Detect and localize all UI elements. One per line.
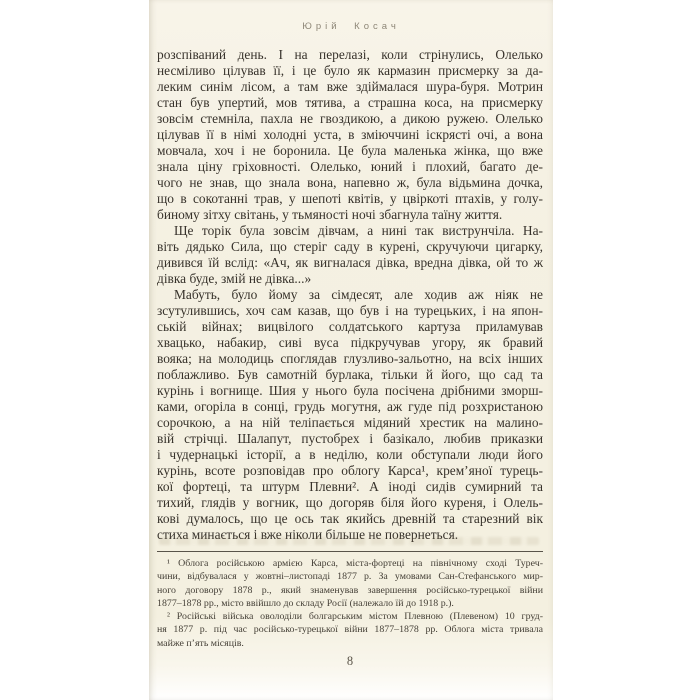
text-line: поблажливо. Був самотній бурлака, тільки… xyxy=(157,367,543,383)
footnotes: ¹ Облога російською армією Карса, міста-… xyxy=(157,557,543,650)
text-line: кої фортеці, та штурм Плевни². А іноді с… xyxy=(157,479,543,495)
text-line: розспіваний день. І на перелазі, коли ст… xyxy=(157,47,543,63)
text-line: вояка; на молодиць споглядав глузливо-за… xyxy=(157,351,543,367)
text-line: що в сокотанні трав, у шепоті квітів, у … xyxy=(157,191,543,207)
text-line: Мабуть, було йому за сімдесят, але ходив… xyxy=(157,287,543,303)
text-line: хвацько, набакир, сиві вуса підкручував … xyxy=(157,335,543,351)
footnote-line: чини, відбувалася у жовтні–листопаді 187… xyxy=(157,570,543,583)
footnote-line: 1877–1878 рр., місто ввійшло до складу Р… xyxy=(157,597,543,610)
footnote-line: ня 1877 р. під час російсько-турецької в… xyxy=(157,623,543,636)
book-page: Юрій Косач розспіваний день. І на перела… xyxy=(149,0,553,700)
footnote-line: майже п’ять місяців. xyxy=(157,637,543,650)
text-line: вій стрічці. Шалапут, пустобрех і базіка… xyxy=(157,431,543,447)
page-number: 8 xyxy=(157,654,543,669)
text-line: віть дядько Сила, що стеріг саду в курен… xyxy=(157,239,543,255)
footnote-line: ¹ Облога російською армією Карса, міста-… xyxy=(157,557,543,570)
text-line: курінь і вогнище. Шия у нього була посіч… xyxy=(157,383,543,399)
text-line: тихий, глядів у вогник, що догоряв біля … xyxy=(157,495,543,511)
text-line: мовчала, хоч і не боронила. Це була мале… xyxy=(157,143,543,159)
footnote-line: ² Російські війська оволоділи болгарськи… xyxy=(157,610,543,623)
text-line: знала ціну гріховності. Олелько, юний і … xyxy=(157,159,543,175)
footnote-separator-rule xyxy=(157,551,543,552)
text-line: і чудернацькі історії, а в неділю, коли … xyxy=(157,447,543,463)
text-line: дивився їй вслід: «Ач, як вигналася дівк… xyxy=(157,255,543,271)
text-line: Ще торік була зовсім дівчам, а нині так … xyxy=(157,223,543,239)
text-line: дівка буде, змій не дівка...» xyxy=(157,271,543,287)
text-line: ками, огоріла в сонці, грудь могутня, аж… xyxy=(157,399,543,415)
body-text: розспіваний день. І на перелазі, коли ст… xyxy=(157,47,543,543)
text-line: биному зітху світань, у тьмяності ночі з… xyxy=(157,207,543,223)
running-header-author: Юрій Косач xyxy=(149,21,553,32)
text-line: леким синім лісом, а там вже здіймалася … xyxy=(157,79,543,95)
text-line: зовсім стемніла, пахла не гвоздикою, а д… xyxy=(157,111,543,127)
text-line: кові думалось, що це ось так якийсь древ… xyxy=(157,511,543,527)
text-line: несміливо цілував її, і це було як карма… xyxy=(157,63,543,79)
bleed-through-ghost-text xyxy=(159,537,539,545)
footnote-line: ного договору 1878 р., який знаменував з… xyxy=(157,584,543,597)
text-line: чого не знав, що знала вона, напевно ж, … xyxy=(157,175,543,191)
text-line: курінь, всоте розповідав про облогу Карс… xyxy=(157,463,543,479)
text-line: зсутулившись, хоч сам казав, що був і на… xyxy=(157,303,543,319)
text-line: цілував її в німі холодні уста, в зміючч… xyxy=(157,127,543,143)
book-page-scan: Юрій Косач розспіваний день. І на перела… xyxy=(0,0,700,700)
text-line: ській війнах; вицвілого солдатського кар… xyxy=(157,319,543,335)
text-line: сорочкою, а на ній теліпається мідяний х… xyxy=(157,415,543,431)
text-line: стан був упертий, мов тятива, а страшна … xyxy=(157,95,543,111)
